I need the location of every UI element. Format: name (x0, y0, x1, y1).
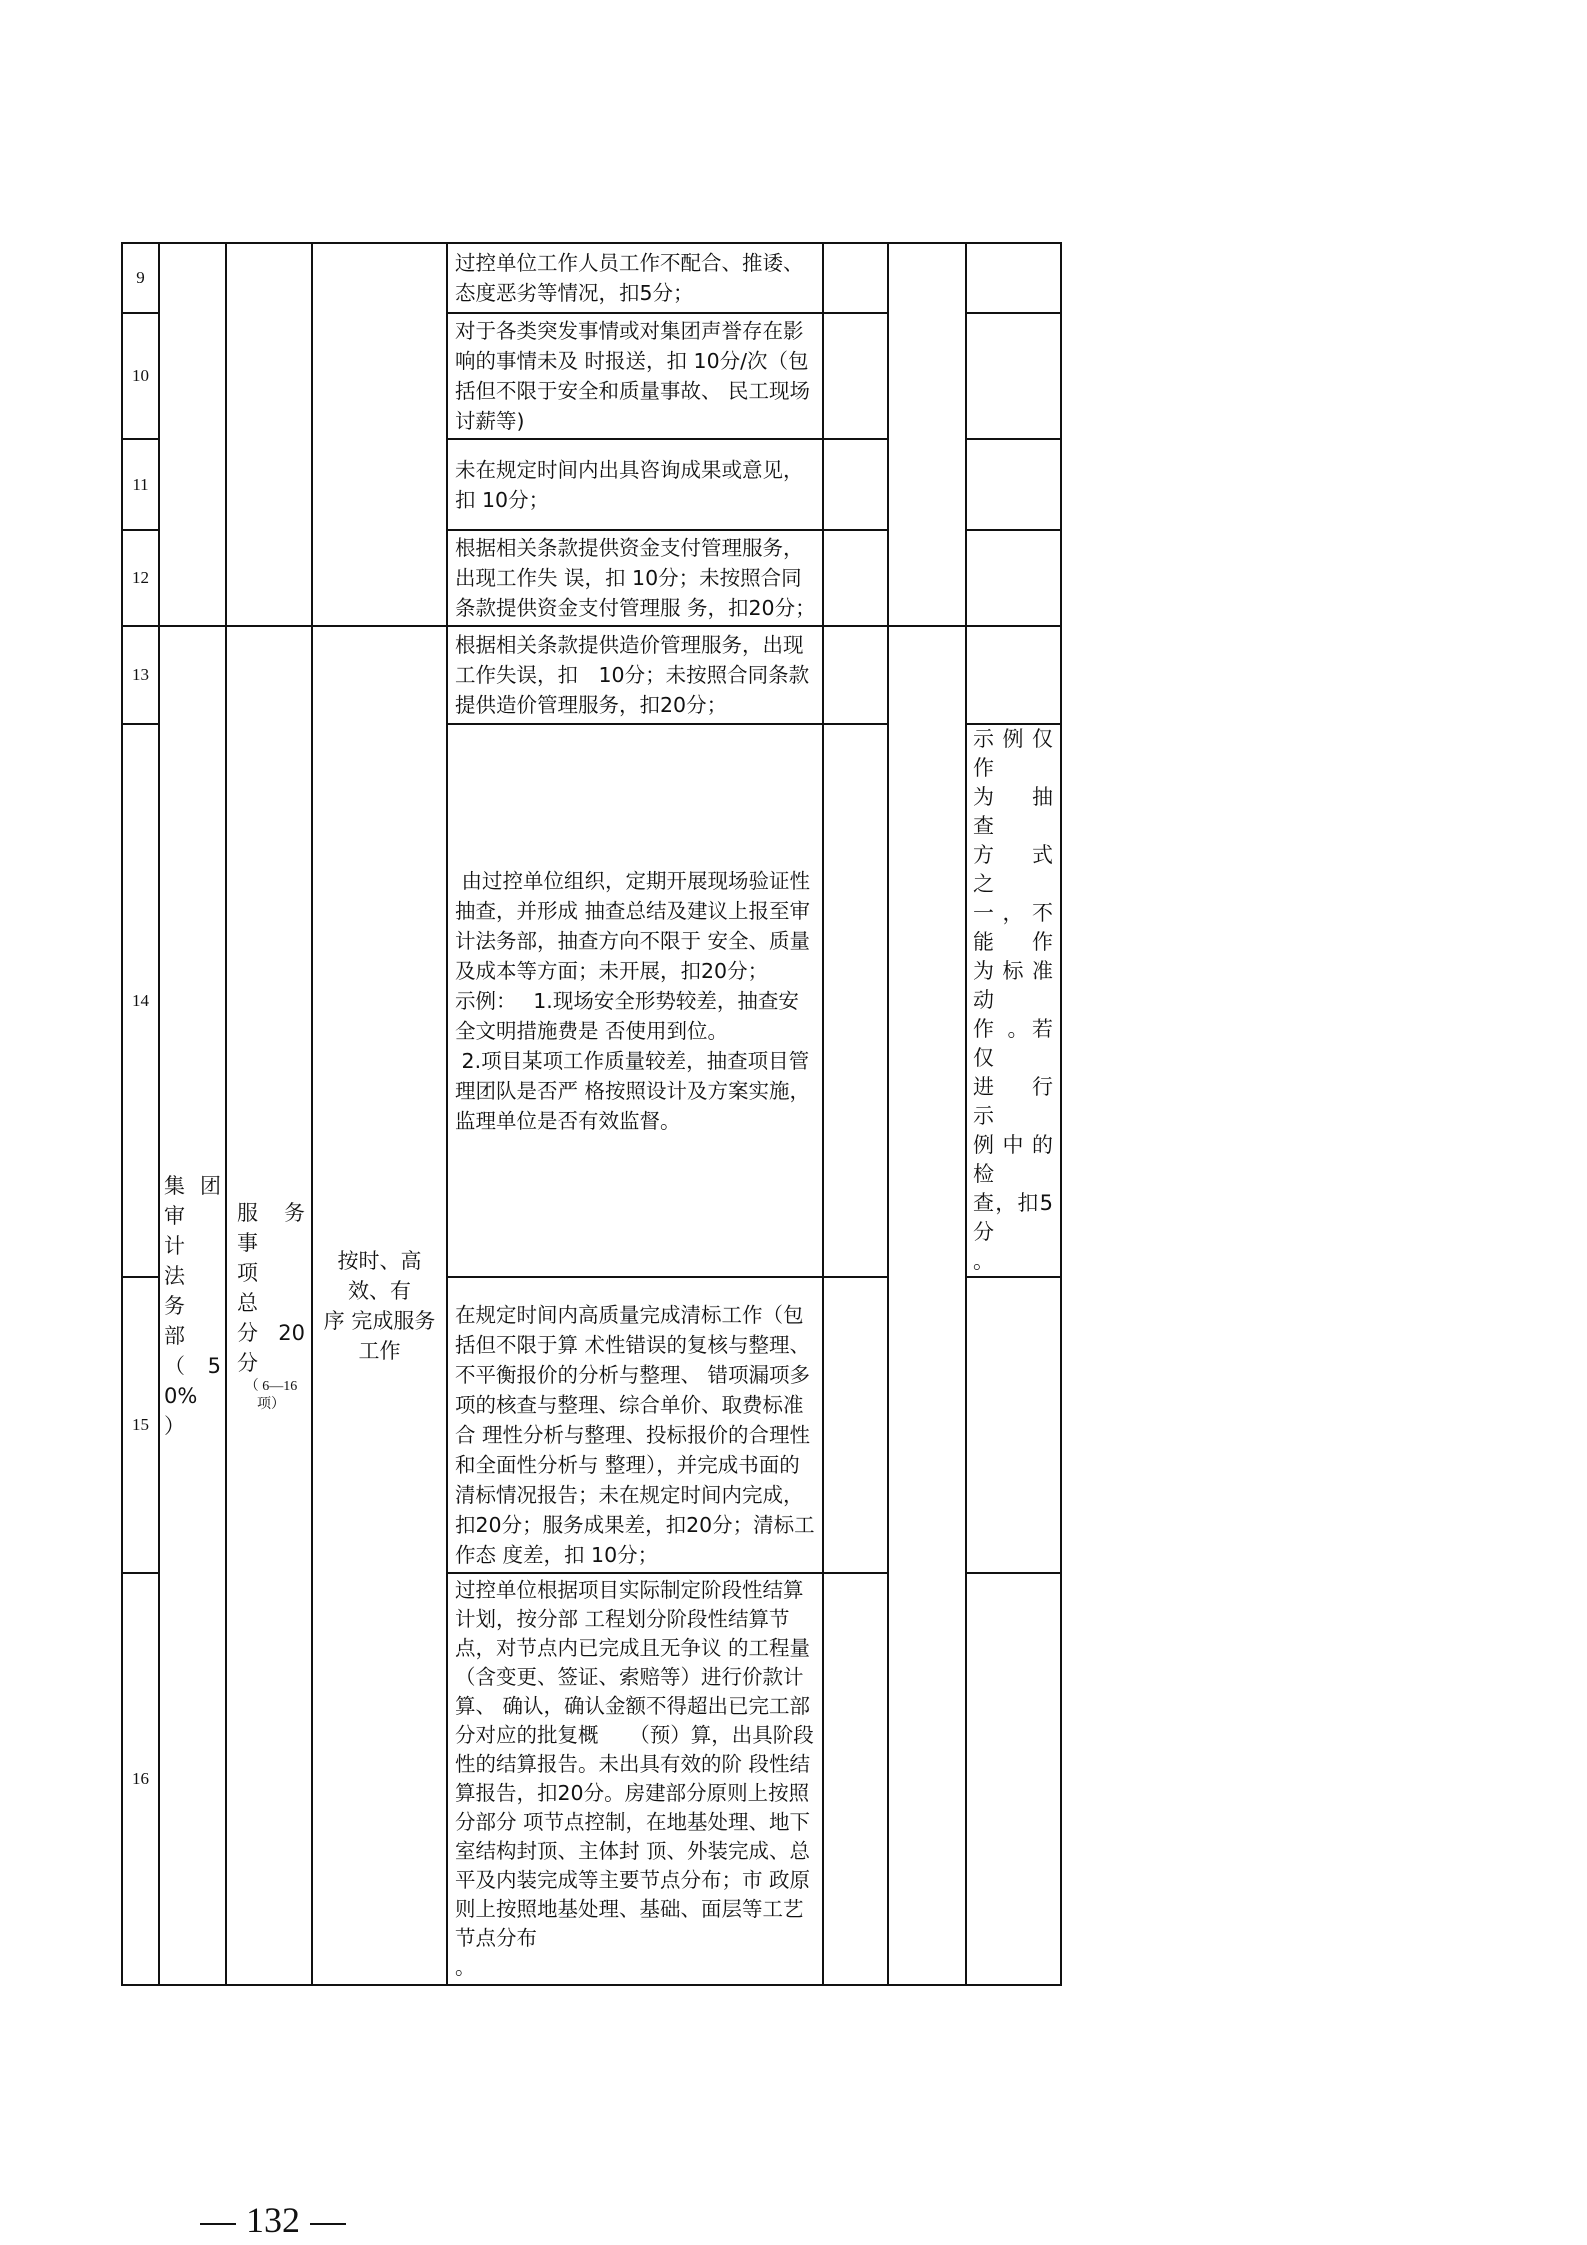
table-row-9: 9 过控单位工作人员工作不配合、推诿、态度恶劣等情况，扣5分； (122, 243, 1061, 313)
page-number: 132 (190, 2195, 356, 2245)
standard-cell-empty (312, 243, 447, 626)
item-range-note: （ 6—16项） (237, 1378, 305, 1414)
total-cell (888, 626, 966, 1985)
score-cell (823, 313, 888, 439)
criteria-cell: 过控单位工作人员工作不配合、推诿、态度恶劣等情况，扣5分； (447, 243, 823, 313)
row-number: 16 (122, 1573, 159, 1985)
service-item-cell: 服 务 事 项 总 分 20 分 （ 6—16项） (226, 626, 312, 1985)
row-number: 10 (122, 313, 159, 439)
score-cell (823, 530, 888, 626)
remark-cell: 示例仅作 为 抽查 方 式 之 一，不能作 为标准动 作 。若仅 进行 示 例中… (966, 724, 1061, 1277)
item-cell-empty (226, 243, 312, 626)
unit-cell-empty (159, 243, 226, 626)
criteria-cell: 根据相关条款提供资金支付管理服务，出现工作失 误，扣 10分；未按照合同条款提供… (447, 530, 823, 626)
remark-cell (966, 626, 1061, 724)
evaluation-table: 9 过控单位工作人员工作不配合、推诿、态度恶劣等情况，扣5分； 10 对于各类突… (121, 242, 1062, 1986)
remark-cell (966, 1573, 1061, 1985)
remark-cell (966, 1277, 1061, 1573)
row-number: 13 (122, 626, 159, 724)
row-number: 15 (122, 1277, 159, 1573)
score-cell (823, 724, 888, 1277)
dash-left (200, 2223, 236, 2225)
dash-right (310, 2223, 346, 2225)
row-number: 9 (122, 243, 159, 313)
department-cell: 集 团 审 计 法 务 部 （ 50% ） (159, 626, 226, 1985)
criteria-cell: 对于各类突发事情或对集团声誉存在影响的事情未及 时报送，扣 10分/次（包括但不… (447, 313, 823, 439)
remark-cell (966, 313, 1061, 439)
score-cell (823, 439, 888, 530)
row-number: 12 (122, 530, 159, 626)
remark-cell (966, 439, 1061, 530)
standard-cell: 按时、高效、有 序 完成服务 工作 (312, 626, 447, 1985)
score-cell (823, 626, 888, 724)
criteria-cell: 由过控单位组织，定期开展现场验证性抽查，并形成 抽查总结及建议上报至审计法务部，… (447, 724, 823, 1277)
criteria-cell: 未在规定时间内出具咨询成果或意见，扣 10分； (447, 439, 823, 530)
row-number: 14 (122, 724, 159, 1277)
table-row-13: 13 集 团 审 计 法 务 部 （ 50% ） 服 务 事 项 总 分 20 … (122, 626, 1061, 724)
row-number: 11 (122, 439, 159, 530)
total-cell (888, 243, 966, 626)
score-cell (823, 1277, 888, 1573)
remark-cell (966, 243, 1061, 313)
criteria-cell: 根据相关条款提供造价管理服务，出现工作失误，扣 10分；未按照合同条款提供造价管… (447, 626, 823, 724)
criteria-cell: 过控单位根据项目实际制定阶段性结算计划，按分部 工程划分阶段性结算节点，对节点内… (447, 1573, 823, 1985)
score-cell (823, 243, 888, 313)
score-cell (823, 1573, 888, 1985)
remark-cell (966, 530, 1061, 626)
criteria-cell: 在规定时间内高质量完成清标工作（包括但不限于算 术性错误的复核与整理、不平衡报价… (447, 1277, 823, 1573)
